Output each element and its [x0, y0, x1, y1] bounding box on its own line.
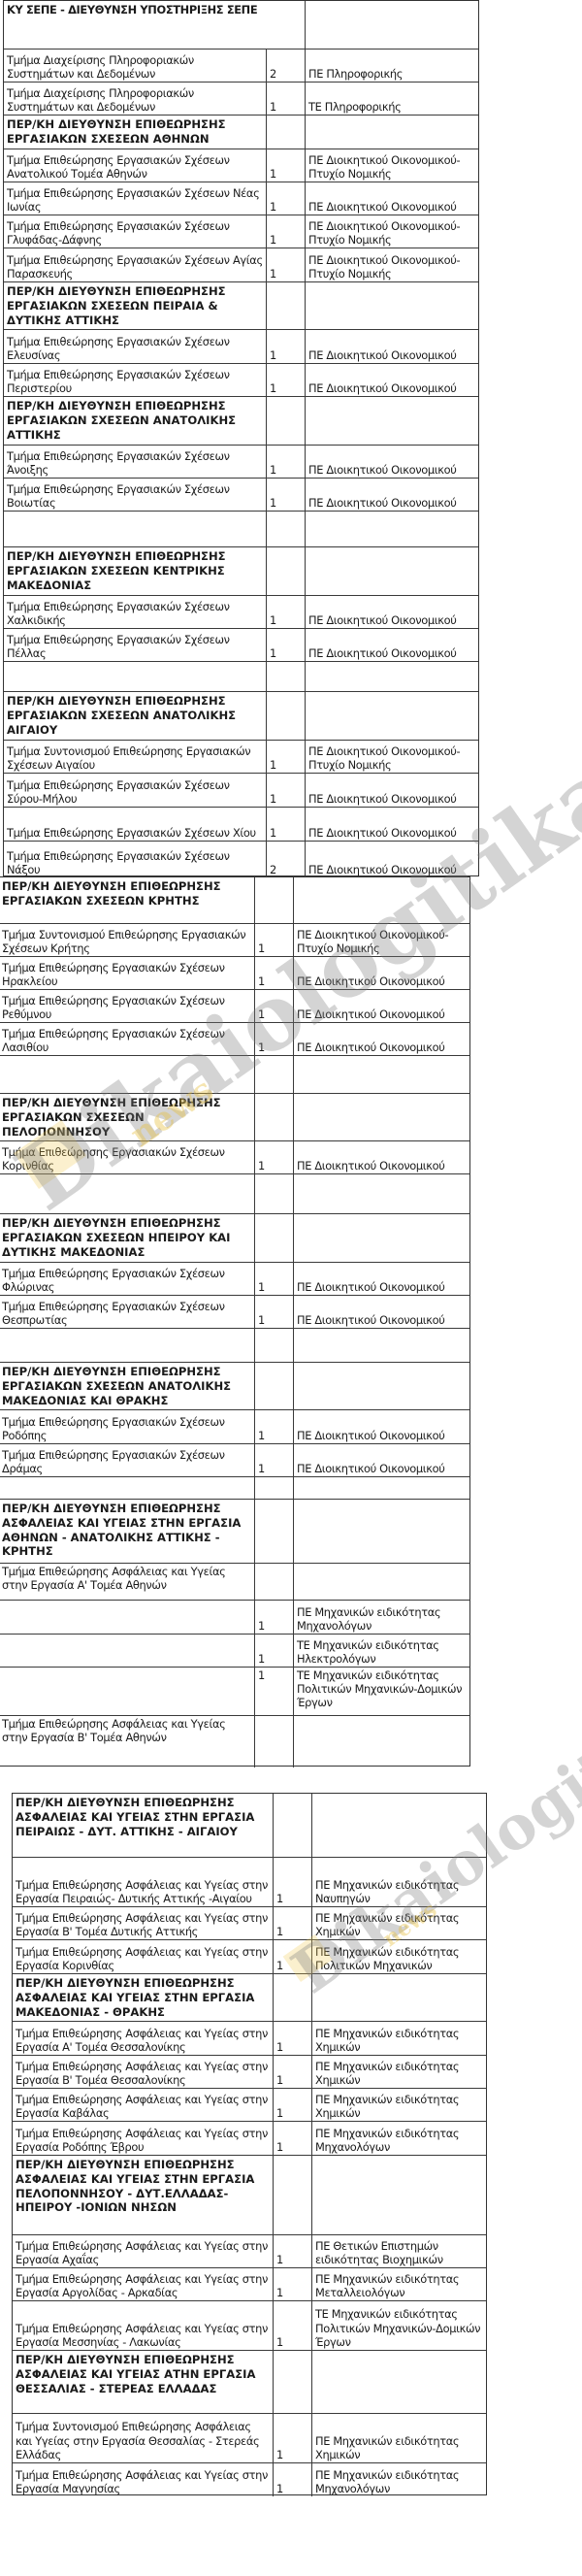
positions-count-cell: 1 — [266, 149, 305, 182]
department-cell: Τμήμα Συντονισμού Επιθεώρησης Εργασιακών… — [0, 924, 254, 956]
specialty-cell-text: ΤΕ Μηχανικών ειδικότητας Πολιτικών Μηχαν… — [297, 1668, 467, 1710]
specialty-cell-text: ΠΕ Διοικητικού Οικονομικού — [308, 463, 475, 477]
positions-count-cell-text: 1 — [276, 1892, 308, 1905]
specialty-cell-text: ΠΕ Πληροφορικής — [308, 67, 475, 81]
department-cell-text: Τμήμα Διαχείρισης Πληροφοριακών Συστημάτ… — [7, 86, 263, 114]
department-cell: Τμήμα Επιθεώρησης Εργασιακών Σχέσεων Σύρ… — [4, 774, 266, 807]
positions-count-cell: 1 — [266, 182, 305, 215]
specialty-cell: ΠΕ Διοικητικού Οικονομικού — [305, 364, 478, 396]
department-cell: ΠΕΡ/ΚΗ ΔΙΕΥΘΥΝΣΗ ΕΠΙΘΕΩΡΗΣΗΣ ΕΡΓΑΣΙΑΚΩΝ … — [0, 1363, 254, 1409]
positions-count-cell — [254, 1500, 293, 1563]
positions-count-cell — [254, 1174, 293, 1213]
positions-count-cell — [266, 662, 305, 691]
table-row: Τμήμα Επιθεώρησης Εργασιακών Σχέσεων Χίο… — [4, 808, 478, 842]
department-cell: Τμήμα Επιθεώρησης Ασφάλειας και Υγείας σ… — [13, 1940, 273, 1973]
specialty-cell: ΠΕ Μηχανικών ειδικότητας Χημικών — [311, 1907, 486, 1939]
positions-count-cell: 1 — [266, 330, 305, 363]
specialty-cell-text: ΠΕ Μηχανικών ειδικότητας Χημικών — [315, 2434, 483, 2461]
specialty-cell — [293, 877, 469, 923]
specialty-cell — [311, 2351, 486, 2413]
table-row: Τμήμα Επιθεώρησης Εργασιακών Σχέσεων Χαλ… — [4, 596, 478, 629]
specialty-cell: ΠΕ Διοικητικού Οικονομικού — [293, 957, 469, 989]
table-row: Τμήμα Επιθεώρησης Εργασιακών Σχέσεων Περ… — [4, 364, 478, 397]
positions-count-cell — [254, 1363, 293, 1409]
specialty-cell: ΠΕ Μηχανικών ειδικότητας Μεταλλειολόγων — [311, 2268, 486, 2300]
specialty-cell — [311, 2156, 486, 2234]
specialty-cell: ΤΕ Μηχανικών ειδικότητας Πολιτικών Μηχαν… — [293, 1668, 469, 1715]
section-header-row: ΠΕΡ/ΚΗ ΔΙΕΥΘΥΝΣΗ ΕΠΙΘΕΩΡΗΣΗΣ ΑΣΦΑΛΕΙΑΣ Κ… — [13, 1974, 486, 2022]
specialty-cell: ΠΕ Διοικητικού Οικονομικού — [305, 182, 478, 215]
department-cell — [0, 1329, 254, 1362]
department-cell: Τμήμα Συντονισμού Επιθεώρησης Ασφάλειας … — [13, 2414, 273, 2462]
table-row: Τμήμα Επιθεώρησης Εργασιακών Σχέσεων Ρεθ… — [0, 990, 469, 1023]
table-row: Τμήμα Επιθεώρησης Εργασιακών Σχέσεων Ελε… — [4, 330, 478, 364]
table-row: Τμήμα Διαχείρισης Πληροφοριακών Συστημάτ… — [4, 50, 478, 83]
specialty-cell: ΠΕ Μηχανικών ειδικότητας Χημικών — [311, 2056, 486, 2088]
positions-count-cell-text: 2 — [270, 67, 302, 81]
positions-count-cell: 1 — [266, 248, 305, 281]
specialty-cell-text: ΠΕ Μηχανικών ειδικότητας Πολιτικών Μηχαν… — [315, 1945, 483, 1972]
specialty-cell-text: ΠΕ Διοικητικού Οικονομικού — [297, 1313, 467, 1327]
department-cell: Τμήμα Επιθεώρησης Εργασιακών Σχέσεων Άνο… — [4, 446, 266, 478]
positions-count-cell-text: 1 — [258, 1007, 290, 1021]
specialty-cell: ΠΕ Διοικητικού Οικονομικού — [293, 1263, 469, 1295]
department-cell-text: Τμήμα Επιθεώρησης Εργασιακών Σχέσεων Άνο… — [7, 449, 263, 477]
department-cell-text: Τμήμα Επιθεώρησης Ασφάλειας και Υγείας σ… — [16, 2027, 270, 2054]
positions-count-cell-text: 1 — [258, 1429, 290, 1442]
specialty-cell-text: ΠΕ Διοικητικού Οικονομικού — [308, 826, 475, 840]
section-header-row: ΠΕΡ/ΚΗ ΔΙΕΥΘΥΝΣΗ ΕΠΙΘΕΩΡΗΣΗΣ ΕΡΓΑΣΙΑΚΩΝ … — [0, 1094, 469, 1141]
positions-count-cell-text: 1 — [276, 2482, 308, 2495]
department-cell: Τμήμα Επιθεώρησης Ασφάλειας και Υγείας σ… — [13, 2301, 273, 2350]
positions-count-cell-text: 1 — [270, 100, 302, 114]
department-cell: Τμήμα Επιθεώρησης Εργασιακών Σχέσεων Ρεθ… — [0, 990, 254, 1022]
specialty-cell: ΠΕ Διοικητικού Οικονομικού — [305, 774, 478, 807]
specialty-cell — [305, 397, 478, 445]
positions-count-cell-text: 1 — [270, 233, 302, 247]
department-cell-text: Τμήμα Επιθεώρησης Εργασιακών Σχέσεων Δρά… — [2, 1448, 251, 1475]
positions-count-cell — [254, 1214, 293, 1262]
specialty-cell — [293, 1094, 469, 1140]
specialty-cell: ΠΕ Μηχανικών ειδικότητας Χημικών — [311, 2089, 486, 2121]
positions-count-cell: 1 — [266, 596, 305, 628]
specialty-cell: ΠΕ Διοικητικού Οικονομικού — [293, 990, 469, 1022]
department-cell: Τμήμα Επιθεώρησης Ασφάλειας και Υγείας σ… — [13, 2056, 273, 2088]
specialty-cell-text: ΠΕ Διοικητικού Οικονομικού — [308, 792, 475, 806]
positions-count-cell: 1 — [254, 1296, 293, 1328]
positions-count-cell: 1 — [266, 629, 305, 661]
table-row: Τμήμα Επιθεώρησης Εργασιακών Σχέσεων Άνο… — [4, 446, 478, 479]
positions-count-cell: 1 — [273, 2089, 311, 2121]
positions-count-cell: 1 — [273, 2235, 311, 2267]
department-cell: ΠΕΡ/ΚΗ ΔΙΕΥΘΥΝΣΗ ΕΠΙΘΕΩΡΗΣΗΣ ΕΡΓΑΣΙΑΚΩΝ … — [0, 1214, 254, 1262]
department-cell: Τμήμα Επιθεώρησης Ασφάλειας και Υγείας σ… — [13, 2122, 273, 2155]
positions-count-cell-text: 1 — [270, 496, 302, 510]
section-header-row: ΠΕΡ/ΚΗ ΔΙΕΥΘΥΝΣΗ ΕΠΙΘΕΩΡΗΣΗΣ ΕΡΓΑΣΙΑΚΩΝ … — [4, 692, 478, 741]
department-cell: ΠΕΡ/ΚΗ ΔΙΕΥΘΥΝΣΗ ΕΠΙΘΕΩΡΗΣΗΣ ΕΡΓΑΣΙΑΚΩΝ … — [4, 692, 266, 740]
positions-count-cell-text: 1 — [258, 1040, 290, 1054]
table-row: Τμήμα Επιθεώρησης Εργασιακών Σχέσεων Βοι… — [4, 479, 478, 512]
section-header-row: ΠΕΡ/ΚΗ ΔΙΕΥΘΥΝΣΗ ΕΠΙΘΕΩΡΗΣΗΣ ΕΡΓΑΣΙΑΚΩΝ … — [0, 877, 469, 924]
specialty-cell-text: ΠΕ Διοικητικού Οικονομικού-Πτυχίο Νομική… — [297, 928, 467, 955]
section-header-row: ΠΕΡ/ΚΗ ΔΙΕΥΘΥΝΣΗ ΕΠΙΘΕΩΡΗΣΗΣ ΑΣΦΑΛΕΙΑΣ Κ… — [13, 2351, 486, 2414]
specialty-cell — [293, 1564, 469, 1600]
department-cell: ΠΕΡ/ΚΗ ΔΙΕΥΘΥΝΣΗ ΕΠΙΘΕΩΡΗΣΗΣ ΕΡΓΑΣΙΑΚΩΝ … — [4, 282, 266, 329]
positions-count-cell-text: 1 — [270, 200, 302, 214]
table-row: Τμήμα Διαχείρισης Πληροφοριακών Συστημάτ… — [4, 83, 478, 116]
department-cell: Τμήμα Επιθεώρησης Εργασιακών Σχέσεων Νάξ… — [4, 842, 266, 877]
specialty-cell — [305, 512, 478, 546]
department-cell-text: Τμήμα Επιθεώρησης Ασφάλειας και Υγείας σ… — [2, 1565, 251, 1592]
department-cell: Τμήμα Επιθεώρησης Εργασιακών Σχέσεων Θεσ… — [0, 1296, 254, 1328]
positions-count-cell-text: 1 — [270, 381, 302, 395]
specialty-cell — [293, 1716, 469, 1767]
specialty-cell — [305, 1, 478, 49]
specialty-cell-text: ΠΕ Μηχανικών ειδικότητας Μηχανολόγων — [315, 2468, 483, 2495]
table-row: Τμήμα Επιθεώρησης Εργασιακών Σχέσεων Κορ… — [0, 1141, 469, 1174]
department-cell: Τμήμα Επιθεώρησης Εργασιακών Σχέσεων Ελε… — [4, 330, 266, 363]
specialty-cell — [305, 692, 478, 740]
department-cell-text: ΚΥ ΣΕΠΕ - ΔΙΕΥΘΥΝΣΗ ΥΠΟΣΤΗΡΙΞΗΣ ΣΕΠΕ — [7, 3, 302, 17]
department-cell: ΠΕΡ/ΚΗ ΔΙΕΥΘΥΝΣΗ ΕΠΙΘΕΩΡΗΣΗΣ ΕΡΓΑΣΙΑΚΩΝ … — [0, 1094, 254, 1140]
specialty-cell — [305, 662, 478, 691]
table-row: Τμήμα Επιθεώρησης Εργασιακών Σχέσεων Ηρα… — [0, 957, 469, 990]
table-row: Τμήμα Επιθεώρησης Εργασιακών Σχέσεων Δρά… — [0, 1444, 469, 1477]
department-cell-text: Τμήμα Επιθεώρησης Εργασιακών Σχέσεων Ροδ… — [2, 1415, 251, 1442]
department-cell: ΠΕΡ/ΚΗ ΔΙΕΥΘΥΝΣΗ ΕΠΙΘΕΩΡΗΣΗΣ ΑΣΦΑΛΕΙΑΣ Κ… — [13, 1974, 273, 2021]
specialty-cell-text: ΠΕ Μηχανικών ειδικότητας Μηχανολόγων — [315, 2127, 483, 2154]
department-cell: Τμήμα Συντονισμού Επιθεώρησης Εργασιακών… — [4, 741, 266, 773]
positions-count-cell — [273, 2156, 311, 2234]
positions-count-cell-text: 1 — [270, 792, 302, 806]
department-cell: Τμήμα Επιθεώρησης Εργασιακών Σχέσεων Βοι… — [4, 479, 266, 511]
positions-count-cell-text: 1 — [270, 758, 302, 772]
empty-row — [0, 1174, 469, 1214]
positions-count-cell: 1 — [254, 924, 293, 956]
department-cell-text: Τμήμα Επιθεώρησης Εργασιακών Σχέσεων Νέα… — [7, 186, 263, 214]
department-cell-text: Τμήμα Επιθεώρησης Εργασιακών Σχέσεων Θεσ… — [2, 1300, 251, 1327]
specialty-cell-text: ΠΕ Διοικητικού Οικονομικού — [297, 1280, 467, 1294]
specialty-cell: ΠΕ Διοικητικού Οικονομικού — [305, 479, 478, 511]
positions-count-cell-text: 1 — [276, 2286, 308, 2299]
positions-count-cell-text: 1 — [276, 2073, 308, 2087]
department-cell — [0, 1174, 254, 1213]
table-row: Τμήμα Επιθεώρησης Ασφάλειας και Υγείας σ… — [13, 1907, 486, 1940]
table-block-2: ΠΕΡ/ΚΗ ΔΙΕΥΘΥΝΣΗ ΕΠΙΘΕΩΡΗΣΗΣ ΕΡΓΑΣΙΑΚΩΝ … — [0, 876, 470, 1767]
department-cell-text: Τμήμα Επιθεώρησης Ασφάλειας και Υγείας σ… — [2, 1717, 251, 1744]
specialty-cell — [293, 1174, 469, 1213]
specialty-cell — [293, 1363, 469, 1409]
section-header-row: ΠΕΡ/ΚΗ ΔΙΕΥΘΥΝΣΗ ΕΠΙΘΕΩΡΗΣΗΣ ΕΡΓΑΣΙΑΚΩΝ … — [4, 282, 478, 330]
specialty-cell — [311, 1974, 486, 2021]
specialty-cell-text: ΠΕ Διοικητικού Οικονομικού — [308, 200, 475, 214]
table-row: Τμήμα Επιθεώρησης Ασφάλειας και Υγείας σ… — [13, 2122, 486, 2156]
positions-count-cell — [266, 512, 305, 546]
positions-count-cell-text: 1 — [258, 1668, 290, 1682]
positions-count-cell: 1 — [273, 2414, 311, 2462]
specialty-cell: ΠΕ Θετικών Επιστημών ειδικότητας Βιοχημι… — [311, 2235, 486, 2267]
positions-count-cell — [254, 1329, 293, 1362]
department-cell-text: Τμήμα Επιθεώρησης Εργασιακών Σχέσεων Ανα… — [7, 153, 263, 181]
department-cell: ΠΕΡ/ΚΗ ΔΙΕΥΘΥΝΣΗ ΕΠΙΘΕΩΡΗΣΗΣ ΕΡΓΑΣΙΑΚΩΝ … — [0, 877, 254, 923]
specialty-cell-text: ΠΕ Μηχανικών ειδικότητας Χημικών — [315, 2027, 483, 2054]
positions-count-cell-text: 1 — [276, 2253, 308, 2266]
department-cell: ΠΕΡ/ΚΗ ΔΙΕΥΘΥΝΣΗ ΕΠΙΘΕΩΡΗΣΗΣ ΑΣΦΑΛΕΙΑΣ Κ… — [13, 1794, 273, 1857]
specialty-cell: ΠΕ Διοικητικού Οικονομικού — [293, 1141, 469, 1173]
department-cell — [0, 1056, 254, 1093]
table-row: Τμήμα Επιθεώρησης Εργασιακών Σχέσεων Θεσ… — [0, 1296, 469, 1329]
department-cell-text: Τμήμα Επιθεώρησης Ασφάλειας και Υγείας σ… — [16, 2468, 270, 2495]
positions-count-cell: 1 — [273, 2022, 311, 2055]
department-cell-text: Τμήμα Επιθεώρησης Ασφάλειας και Υγείας σ… — [16, 1878, 270, 1905]
positions-count-cell-text: 1 — [258, 1159, 290, 1172]
table-row: Τμήμα Επιθεώρησης Εργασιακών Σχέσεων Ανα… — [4, 149, 478, 182]
table-row: Τμήμα Επιθεώρησης Εργασιακών Σχέσεων Πέλ… — [4, 629, 478, 662]
positions-count-cell: 1 — [273, 2301, 311, 2350]
positions-count-cell-text: 1 — [270, 167, 302, 181]
positions-count-cell-text: 1 — [270, 646, 302, 660]
positions-count-cell: 1 — [273, 1940, 311, 1973]
table-row: 1ΤΕ Μηχανικών ειδικότητας Πολιτικών Μηχα… — [0, 1668, 469, 1716]
positions-count-cell: 1 — [254, 1141, 293, 1173]
department-cell: Τμήμα Επιθεώρησης Εργασιακών Σχέσεων Κορ… — [0, 1141, 254, 1173]
department-cell-text: ΠΕΡ/ΚΗ ΔΙΕΥΘΥΝΣΗ ΕΠΙΘΕΩΡΗΣΗΣ ΕΡΓΑΣΙΑΚΩΝ … — [7, 117, 263, 147]
positions-count-cell: 1 — [254, 957, 293, 989]
section-header-row: ΠΕΡ/ΚΗ ΔΙΕΥΘΥΝΣΗ ΕΠΙΘΕΩΡΗΣΗΣ ΑΣΦΑΛΕΙΑΣ Κ… — [13, 1794, 486, 1858]
positions-count-cell — [273, 1974, 311, 2021]
specialty-cell: ΠΕ Διοικητικού Οικονομικού — [293, 1410, 469, 1443]
department-cell-text: Τμήμα Διαχείρισης Πληροφοριακών Συστημάτ… — [7, 53, 263, 81]
department-cell-text: Τμήμα Επιθεώρησης Ασφάλειας και Υγείας σ… — [16, 1945, 270, 1972]
positions-count-cell: 1 — [254, 1023, 293, 1055]
table-row: Τμήμα Επιθεώρησης Εργασιακών Σχέσεων Φλώ… — [0, 1263, 469, 1296]
department-cell: ΠΕΡ/ΚΗ ΔΙΕΥΘΥΝΣΗ ΕΠΙΘΕΩΡΗΣΗΣ ΑΣΦΑΛΕΙΑΣ Κ… — [0, 1500, 254, 1563]
specialty-cell: ΠΕ Διοικητικού Οικονομικού-Πτυχίο Νομική… — [305, 248, 478, 281]
specialty-cell: ΠΕ Διοικητικού Οικονομικού — [293, 1296, 469, 1328]
specialty-cell-text: ΠΕ Μηχανικών ειδικότητας Μεταλλειολόγων — [315, 2272, 483, 2299]
department-cell: ΚΥ ΣΕΠΕ - ΔΙΕΥΘΥΝΣΗ ΥΠΟΣΤΗΡΙΞΗΣ ΣΕΠΕ — [4, 1, 305, 49]
positions-count-cell-text: 1 — [270, 826, 302, 840]
specialty-cell: ΠΕ Πληροφορικής — [305, 50, 478, 82]
specialty-cell-text: ΠΕ Διοικητικού Οικονομικού — [297, 1040, 467, 1054]
specialty-cell-text: ΠΕ Διοικητικού Οικονομικού — [297, 1462, 467, 1475]
department-cell-text: Τμήμα Επιθεώρησης Ασφάλειας και Υγείας σ… — [16, 2060, 270, 2087]
department-cell-text: Τμήμα Επιθεώρησης Εργασιακών Σχέσεων Λασ… — [2, 1027, 251, 1054]
table-row: Τμήμα Επιθεώρησης Εργασιακών Σχέσεων Γλυ… — [4, 215, 478, 248]
table-row: Τμήμα Επιθεώρησης Εργασιακών Σχέσεων Λασ… — [0, 1023, 469, 1056]
positions-count-cell: 1 — [266, 83, 305, 115]
section-header-row: ΠΕΡ/ΚΗ ΔΙΕΥΘΥΝΣΗ ΕΠΙΘΕΩΡΗΣΗΣ ΑΣΦΑΛΕΙΑΣ Κ… — [0, 1500, 469, 1564]
specialty-cell: ΤΕ Πληροφορικής — [305, 83, 478, 115]
specialty-cell-text: ΠΕ Μηχανικών ειδικότητας Χημικών — [315, 2093, 483, 2120]
table-row: Τμήμα Συντονισμού Επιθεώρησης Εργασιακών… — [0, 924, 469, 957]
department-cell-text: Τμήμα Επιθεώρησης Εργασιακών Σχέσεων Ηρα… — [2, 961, 251, 988]
positions-count-cell — [254, 1716, 293, 1767]
table-row: Τμήμα Συντονισμού Επιθεώρησης Εργασιακών… — [4, 741, 478, 774]
positions-count-cell-text: 1 — [258, 1313, 290, 1327]
specialty-cell: ΠΕ Μηχανικών ειδικότητας Πολιτικών Μηχαν… — [311, 1940, 486, 1973]
positions-count-cell-text: 1 — [276, 2106, 308, 2120]
table-row: Τμήμα Επιθεώρησης Ασφάλειας και Υγείας σ… — [13, 2056, 486, 2089]
specialty-cell — [293, 1500, 469, 1563]
table-row: Τμήμα Συντονισμού Επιθεώρησης Ασφάλειας … — [13, 2414, 486, 2463]
specialty-cell-text: ΠΕ Θετικών Επιστημών ειδικότητας Βιοχημι… — [315, 2239, 483, 2266]
specialty-cell: ΠΕ Διοικητικού Οικονομικού — [305, 629, 478, 661]
positions-count-cell: 1 — [266, 808, 305, 841]
positions-count-cell-text: 2 — [270, 863, 302, 876]
department-cell-text: Τμήμα Επιθεώρησης Ασφάλειας και Υγείας σ… — [16, 2093, 270, 2120]
department-cell: ΠΕΡ/ΚΗ ΔΙΕΥΘΥΝΣΗ ΕΠΙΘΕΩΡΗΣΗΣ ΕΡΓΑΣΙΑΚΩΝ … — [4, 547, 266, 595]
empty-row — [4, 512, 478, 547]
department-cell — [0, 1635, 254, 1667]
positions-count-cell — [266, 692, 305, 740]
section-header-row: ΠΕΡ/ΚΗ ΔΙΕΥΘΥΝΣΗ ΕΠΙΘΕΩΡΗΣΗΣ ΑΣΦΑΛΕΙΑΣ Κ… — [13, 2156, 486, 2235]
positions-count-cell: 1 — [254, 1263, 293, 1295]
department-cell: Τμήμα Επιθεώρησης Εργασιακών Σχέσεων Ροδ… — [0, 1410, 254, 1443]
department-cell — [0, 1668, 254, 1715]
positions-count-cell-text: 1 — [258, 941, 290, 955]
table-row: Τμήμα Επιθεώρησης Ασφάλειας και Υγείας σ… — [13, 2089, 486, 2122]
positions-count-cell: 1 — [273, 1907, 311, 1939]
positions-count-cell — [254, 1094, 293, 1140]
specialty-cell-text: ΠΕ Διοικητικού Οικονομικού — [308, 381, 475, 395]
specialty-cell: ΠΕ Διοικητικού Οικονομικού-Πτυχίο Νομική… — [305, 149, 478, 182]
department-cell-text: Τμήμα Επιθεώρησης Ασφάλειας και Υγείας σ… — [16, 1911, 270, 1938]
positions-count-cell: 1 — [273, 2463, 311, 2496]
department-cell-text: Τμήμα Επιθεώρησης Εργασιακών Σχέσεων Χίο… — [7, 826, 263, 840]
positions-count-cell: 1 — [266, 774, 305, 807]
specialty-cell-text: ΠΕ Μηχανικών ειδικότητας Χημικών — [315, 1911, 483, 1938]
specialty-cell: ΤΕ Μηχανικών ειδικότητας Πολιτικών Μηχαν… — [311, 2301, 486, 2350]
positions-count-cell: 1 — [254, 990, 293, 1022]
positions-count-cell — [254, 1477, 293, 1499]
department-cell: ΠΕΡ/ΚΗ ΔΙΕΥΘΥΝΣΗ ΕΠΙΘΕΩΡΗΣΗΣ ΕΡΓΑΣΙΑΚΩΝ … — [4, 397, 266, 445]
table-row: Τμήμα Επιθεώρησης Ασφάλειας και Υγείας σ… — [13, 1858, 486, 1907]
department-cell-text: Τμήμα Επιθεώρησης Εργασιακών Σχέσεων Γλυ… — [7, 219, 263, 247]
department-cell-text: Τμήμα Επιθεώρησης Εργασιακών Σχέσεων Σύρ… — [7, 778, 263, 806]
specialty-cell-text: ΠΕ Διοικητικού Οικονομικού — [308, 348, 475, 362]
specialty-cell-text: ΠΕ Διοικητικού Οικονομικού — [308, 863, 475, 876]
section-header-row: ΠΕΡ/ΚΗ ΔΙΕΥΘΥΝΣΗ ΕΠΙΘΕΩΡΗΣΗΣ ΕΡΓΑΣΙΑΚΩΝ … — [0, 1363, 469, 1410]
specialty-cell — [293, 1214, 469, 1262]
specialty-cell — [311, 1794, 486, 1857]
specialty-cell: ΠΕ Μηχανικών ειδικότητας Χημικών — [311, 2022, 486, 2055]
specialty-cell-text: ΠΕ Διοικητικού Οικονομικού-Πτυχίο Νομική… — [308, 219, 475, 247]
positions-count-cell-text: 1 — [270, 348, 302, 362]
positions-count-cell: 1 — [273, 2268, 311, 2300]
department-cell-text: Τμήμα Επιθεώρησης Εργασιακών Σχέσεων Περ… — [7, 368, 263, 395]
specialty-cell: ΤΕ Μηχανικών ειδικότητας Ηλεκτρολόγων — [293, 1635, 469, 1667]
positions-count-cell-text: 1 — [276, 2140, 308, 2154]
positions-count-cell — [266, 397, 305, 445]
department-cell-text: ΠΕΡ/ΚΗ ΔΙΕΥΘΥΝΣΗ ΕΠΙΘΕΩΡΗΣΗΣ ΕΡΓΑΣΙΑΚΩΝ … — [2, 879, 251, 908]
table-row: 1ΤΕ Μηχανικών ειδικότητας Ηλεκτρολόγων — [0, 1635, 469, 1668]
department-cell: Τμήμα Επιθεώρησης Ασφάλειας και Υγείας σ… — [0, 1716, 254, 1767]
positions-count-cell-text: 1 — [258, 974, 290, 988]
positions-count-cell: 1 — [273, 2122, 311, 2155]
positions-count-cell: 1 — [273, 2056, 311, 2088]
table-row: Τμήμα Επιθεώρησης Εργασιακών Σχέσεων Σύρ… — [4, 774, 478, 808]
department-cell-text: Τμήμα Επιθεώρησης Εργασιακών Σχέσεων Αγί… — [7, 253, 263, 281]
department-cell-text: Τμήμα Επιθεώρησης Εργασιακών Σχέσεων Κορ… — [2, 1145, 251, 1172]
department-cell: Τμήμα Επιθεώρησης Ασφάλειας και Υγείας σ… — [13, 1907, 273, 1939]
positions-count-cell-text: 1 — [276, 1925, 308, 1938]
department-cell-text: Τμήμα Επιθεώρησης Εργασιακών Σχέσεων Ελε… — [7, 335, 263, 362]
table-row: Τμήμα Επιθεώρησης Εργασιακών Σχέσεων Νέα… — [4, 182, 478, 215]
specialty-cell: ΠΕ Μηχανικών ειδικότητας Μηχανολόγων — [311, 2122, 486, 2155]
specialty-cell: ΠΕ Μηχανικών ειδικότητας Ναυπηγών — [311, 1858, 486, 1906]
department-cell-text: ΠΕΡ/ΚΗ ΔΙΕΥΘΥΝΣΗ ΕΠΙΘΕΩΡΗΣΗΣ ΑΣΦΑΛΕΙΑΣ Κ… — [2, 1502, 251, 1559]
department-cell: Τμήμα Επιθεώρησης Ασφάλειας και Υγείας σ… — [0, 1564, 254, 1600]
specialty-cell-text: ΠΕ Διοικητικού Οικονομικού — [297, 1159, 467, 1172]
specialty-cell — [293, 1329, 469, 1362]
specialty-cell-text: ΠΕ Διοικητικού Οικονομικού — [297, 974, 467, 988]
department-cell: Τμήμα Διαχείρισης Πληροφοριακών Συστημάτ… — [4, 50, 266, 82]
empty-row — [4, 662, 478, 692]
specialty-cell-text: ΠΕ Διοικητικού Οικονομικού-Πτυχίο Νομική… — [308, 153, 475, 181]
positions-count-cell-text: 1 — [258, 1280, 290, 1294]
department-cell: ΠΕΡ/ΚΗ ΔΙΕΥΘΥΝΣΗ ΕΠΙΘΕΩΡΗΣΗΣ ΕΡΓΑΣΙΑΚΩΝ … — [4, 116, 266, 149]
department-cell-text: ΠΕΡ/ΚΗ ΔΙΕΥΘΥΝΣΗ ΕΠΙΘΕΩΡΗΣΗΣ ΑΣΦΑΛΕΙΑΣ Κ… — [16, 1796, 270, 1838]
specialty-cell: ΠΕ Διοικητικού Οικονομικού — [305, 596, 478, 628]
department-cell-text: ΠΕΡ/ΚΗ ΔΙΕΥΘΥΝΣΗ ΕΠΙΘΕΩΡΗΣΗΣ ΕΡΓΑΣΙΑΚΩΝ … — [7, 399, 263, 442]
positions-count-cell: 2 — [266, 50, 305, 82]
department-cell-text: ΠΕΡ/ΚΗ ΔΙΕΥΘΥΝΣΗ ΕΠΙΘΕΩΡΗΣΗΣ ΑΣΦΑΛΕΙΑΣ Κ… — [16, 2353, 270, 2395]
specialty-cell-text: ΠΕ Διοικητικού Οικονομικού — [308, 613, 475, 627]
specialty-cell-text: ΤΕ Πληροφορικής — [308, 100, 475, 114]
table-row: Τμήμα Επιθεώρησης Ασφάλειας και Υγείας σ… — [13, 2463, 486, 2496]
department-cell: Τμήμα Διαχείρισης Πληροφοριακών Συστημάτ… — [4, 83, 266, 115]
department-cell — [0, 1601, 254, 1634]
department-cell-text: Τμήμα Επιθεώρησης Ασφάλειας και Υγείας σ… — [16, 2272, 270, 2299]
positions-count-cell-text: 1 — [270, 463, 302, 477]
table-row: Τμήμα Επιθεώρησης Ασφάλειας και Υγείας σ… — [13, 2235, 486, 2268]
department-cell: Τμήμα Επιθεώρησης Ασφάλειας και Υγείας σ… — [13, 2268, 273, 2300]
specialty-cell-text: ΠΕ Διοικητικού Οικονομικού — [297, 1429, 467, 1442]
department-cell: Τμήμα Επιθεώρησης Ασφάλειας και Υγείας σ… — [13, 2235, 273, 2267]
specialty-cell — [293, 1477, 469, 1499]
table-row: Τμήμα Επιθεώρησης Εργασιακών Σχέσεων Νάξ… — [4, 842, 478, 877]
positions-count-cell-text: 1 — [276, 2448, 308, 2461]
table-row: Τμήμα Επιθεώρησης Εργασιακών Σχέσεων Αγί… — [4, 248, 478, 282]
positions-count-cell-text: 1 — [270, 267, 302, 281]
department-cell: ΠΕΡ/ΚΗ ΔΙΕΥΘΥΝΣΗ ΕΠΙΘΕΩΡΗΣΗΣ ΑΣΦΑΛΕΙΑΣ Κ… — [13, 2351, 273, 2413]
department-cell-text: ΠΕΡ/ΚΗ ΔΙΕΥΘΥΝΣΗ ΕΠΙΘΕΩΡΗΣΗΣ ΕΡΓΑΣΙΑΚΩΝ … — [2, 1216, 251, 1259]
department-cell-text: Τμήμα Επιθεώρησης Εργασιακών Σχέσεων Βοι… — [7, 482, 263, 510]
department-cell: Τμήμα Επιθεώρησης Εργασιακών Σχέσεων Χίο… — [4, 808, 266, 841]
department-cell: Τμήμα Επιθεώρησης Εργασιακών Σχέσεων Δρά… — [0, 1444, 254, 1476]
positions-count-cell: 1 — [266, 479, 305, 511]
specialty-cell: ΠΕ Διοικητικού Οικονομικού — [293, 1023, 469, 1055]
positions-count-cell: 1 — [254, 1410, 293, 1443]
specialty-cell: ΠΕ Διοικητικού Οικονομικού-Πτυχίο Νομική… — [305, 215, 478, 248]
positions-count-cell — [273, 1794, 311, 1857]
specialty-cell: ΠΕ Διοικητικού Οικονομικού — [293, 1444, 469, 1476]
positions-count-cell: 1 — [266, 446, 305, 478]
department-cell: Τμήμα Επιθεώρησης Ασφάλειας και Υγείας σ… — [13, 2089, 273, 2121]
department-cell-text: Τμήμα Συντονισμού Επιθεώρησης Ασφάλειας … — [16, 2420, 270, 2461]
department-cell: ΠΕΡ/ΚΗ ΔΙΕΥΘΥΝΣΗ ΕΠΙΘΕΩΡΗΣΗΣ ΑΣΦΑΛΕΙΑΣ Κ… — [13, 2156, 273, 2234]
positions-count-cell: 1 — [254, 1444, 293, 1476]
positions-count-cell — [254, 1564, 293, 1600]
positions-count-cell: 1 — [266, 215, 305, 248]
department-cell: Τμήμα Επιθεώρησης Εργασιακών Σχέσεων Γλυ… — [4, 215, 266, 248]
specialty-cell-text: ΠΕ Μηχανικών ειδικότητας Μηχανολόγων — [297, 1605, 467, 1633]
table-row: Τμήμα Επιθεώρησης Ασφάλειας και Υγείας σ… — [13, 2301, 486, 2351]
department-cell: Τμήμα Επιθεώρησης Εργασιακών Σχέσεων Αγί… — [4, 248, 266, 281]
empty-row — [0, 1477, 469, 1500]
positions-count-cell: 1 — [254, 1601, 293, 1634]
